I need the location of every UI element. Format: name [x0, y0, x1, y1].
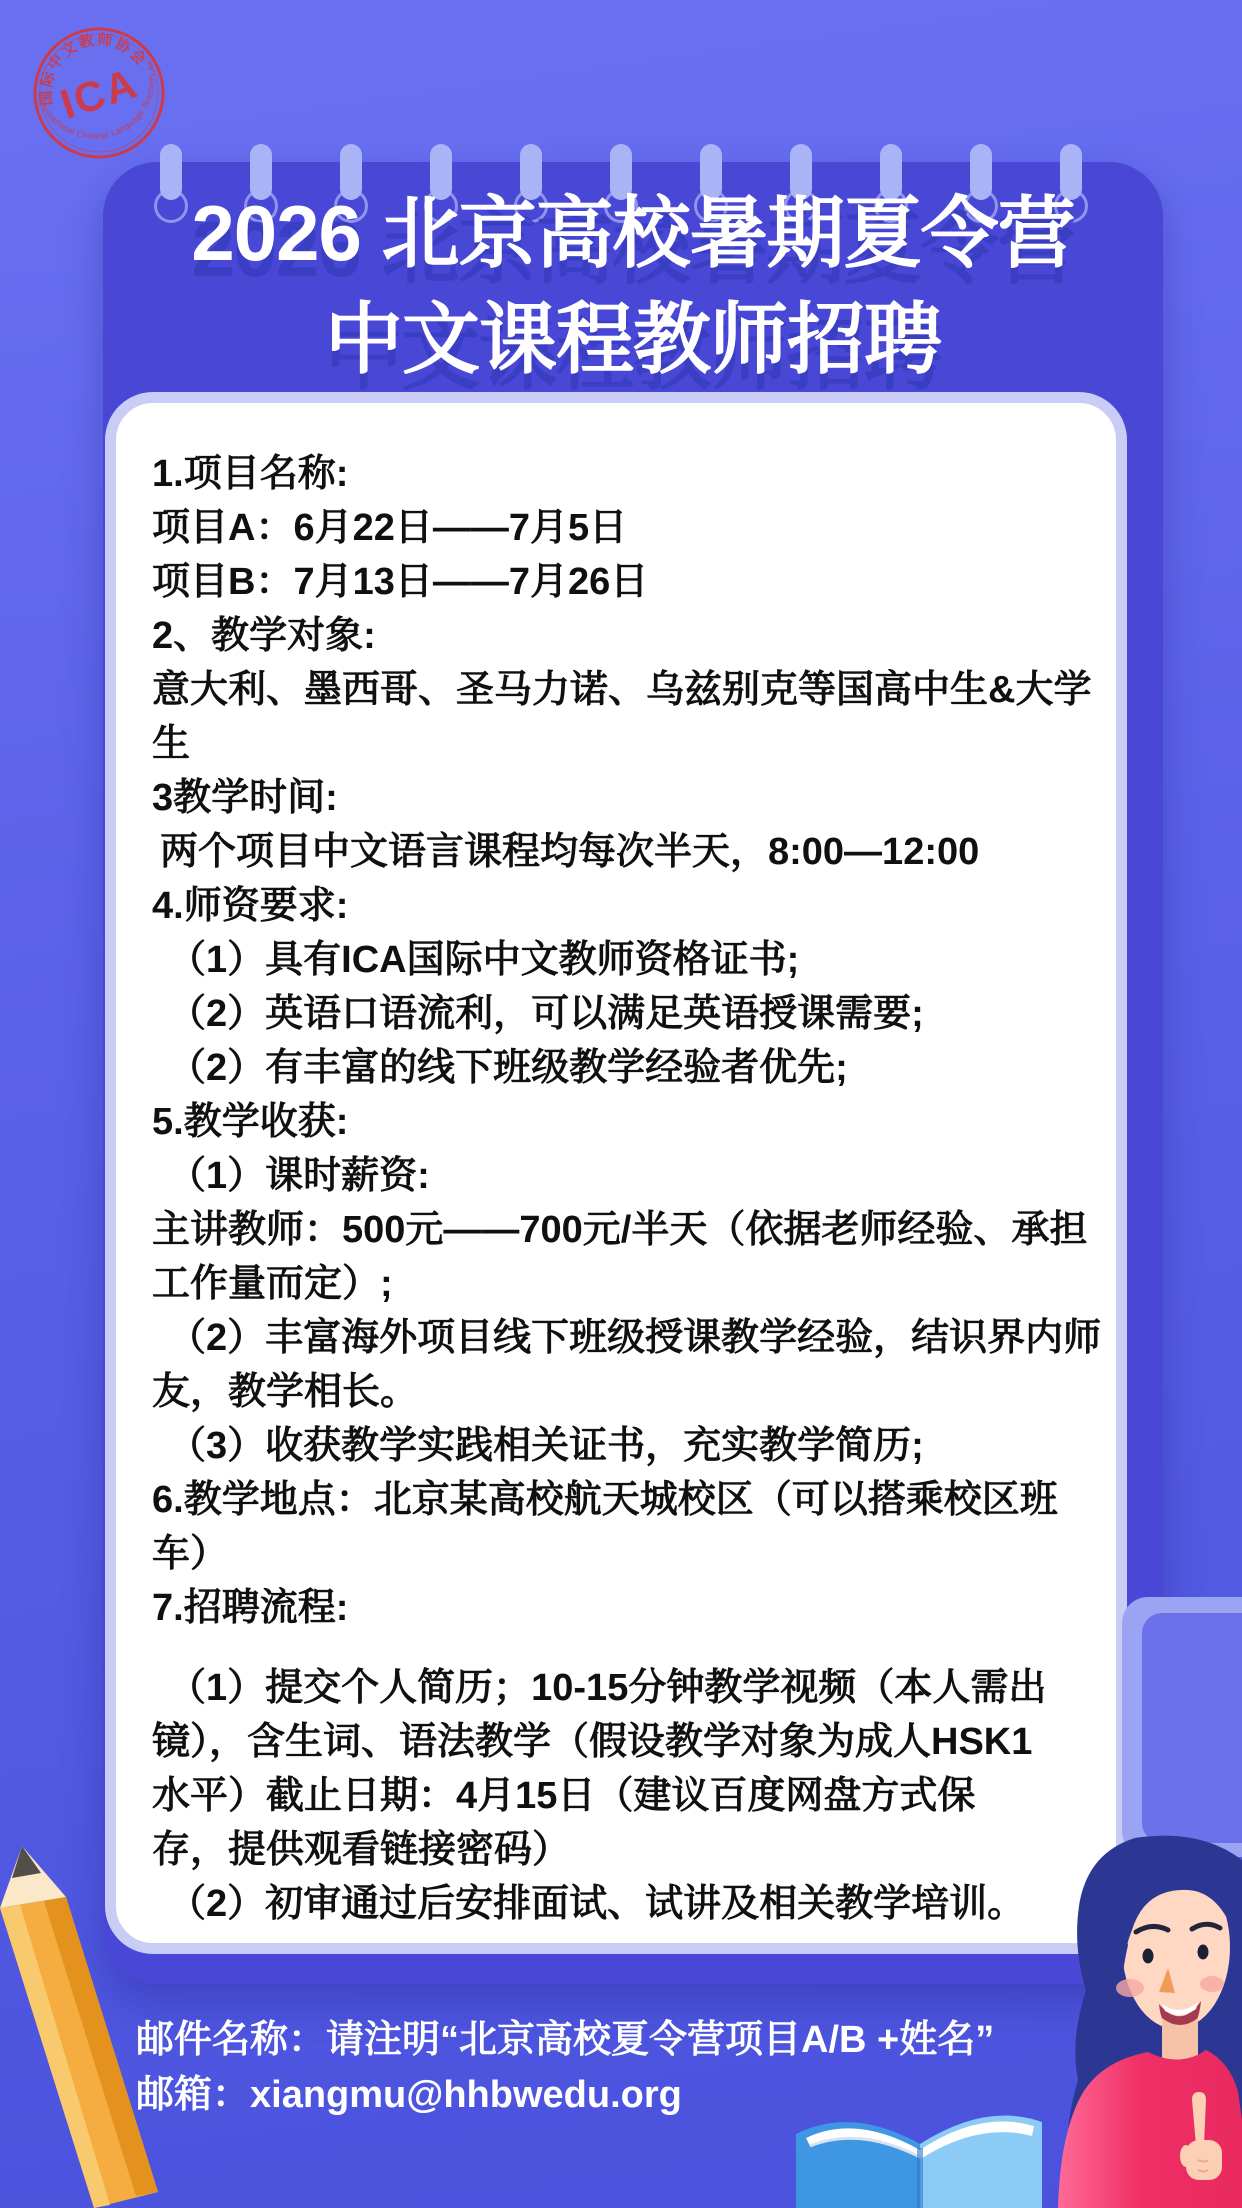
- notice-line: 主讲教师：500元——700元/半天（依据老师经验、承担: [152, 1203, 1132, 1257]
- notice-line: 两个项目中文语言课程均每次半天，8:00—12:00: [152, 825, 1132, 879]
- notice-line: 友，教学相长。: [152, 1365, 1132, 1419]
- notice-line: （2）有丰富的线下班级教学经验者优先;: [152, 1041, 1132, 1095]
- notice-line: 意大利、墨西哥、圣马力诺、乌兹别克等国高中生&大学: [152, 663, 1132, 717]
- notice-line: 6.教学地点：北京某高校航天城校区（可以搭乘校区班: [152, 1473, 1132, 1527]
- notice-line: （2）丰富海外项目线下班级授课教学经验，结识界内师: [152, 1311, 1132, 1365]
- email-subject-line: 邮件名称：请注明“北京高校夏令营项目A/B +姓名”: [136, 2013, 994, 2068]
- notice-line: （1）课时薪资:: [152, 1149, 1132, 1203]
- notice-line: 项目B：7月13日——7月26日: [152, 555, 1132, 609]
- title-line-1: 2026 北京高校暑期夏令营: [103, 180, 1163, 286]
- poster-title: 2026 北京高校暑期夏令营 中文课程教师招聘: [103, 180, 1163, 392]
- notice-line: （1）具有ICA国际中文教师资格证书;: [152, 933, 1132, 987]
- notice-line: 车）: [152, 1527, 1132, 1581]
- stamp-icon: 国际中文教师协会 International Chinese Language …: [14, 8, 184, 178]
- recruitment-poster: 2026 北京高校暑期夏令营 中文课程教师招聘 1.项目名称:项目A：6月22日…: [0, 0, 1242, 2208]
- notice-line: （2）英语口语流利，可以满足英语授课需要;: [152, 987, 1132, 1041]
- notice-line: 2、教学对象:: [152, 609, 1132, 663]
- email-address: xiangmu@hhbwedu.org: [250, 2074, 682, 2116]
- title-line-2: 中文课程教师招聘: [103, 286, 1163, 392]
- notice-line: 5.教学收获:: [152, 1095, 1132, 1149]
- notice-line: （3）收获教学实践相关证书，充实教学简历;: [152, 1419, 1132, 1473]
- notice-line: 生: [152, 717, 1132, 771]
- teacher-girl-illustration: [940, 1600, 1242, 2208]
- notice-line: 工作量而定）;: [152, 1257, 1132, 1311]
- notice-line: 3教学时间:: [152, 771, 1132, 825]
- pencil-icon: [0, 1840, 170, 2208]
- notice-line: 1.项目名称:: [152, 447, 1132, 501]
- notice-line: 项目A：6月22日——7月5日: [152, 501, 1132, 555]
- notice-line: 4.师资要求:: [152, 879, 1132, 933]
